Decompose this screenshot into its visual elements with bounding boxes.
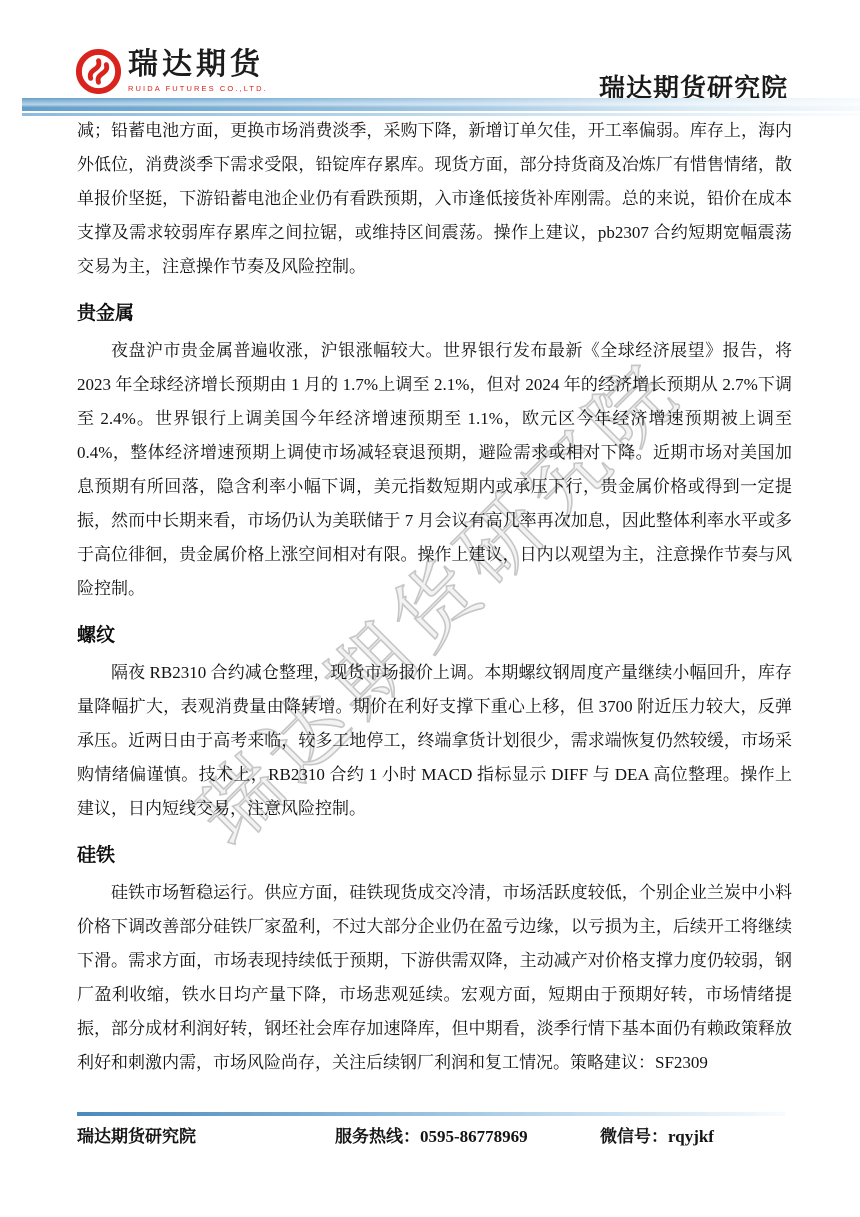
footer-wechat-id: 微信号：rqyjkf bbox=[600, 1122, 714, 1147]
footer-organization: 瑞达期货研究院 bbox=[77, 1122, 196, 1147]
logo-company-subtitle: RUIDA FUTURES CO.,LTD. bbox=[128, 84, 268, 93]
paragraph-precious-metals: 夜盘沪市贵金属普遍收涨，沪银涨幅较大。世界银行发布最新《全球经济展望》报告，将 … bbox=[77, 334, 792, 606]
ruida-logo-icon bbox=[75, 48, 122, 95]
section-heading-precious-metals: 贵金属 bbox=[77, 302, 792, 326]
footer-hotline: 服务热线：0595-86778969 bbox=[335, 1122, 528, 1147]
logo-text-block: 瑞达期货 RUIDA FUTURES CO.,LTD. bbox=[128, 48, 268, 93]
section-heading-ferrosilicon: 硅铁 bbox=[77, 844, 792, 868]
paragraph-ferrosilicon: 硅铁市场暂稳运行。供应方面，硅铁现货成交冷清，市场活跃度较低，个别企业兰炭中小料… bbox=[77, 876, 792, 1080]
paragraph-rebar: 隔夜 RB2310 合约减仓整理，现货市场报价上调。本期螺纹钢周度产量继续小幅回… bbox=[77, 656, 792, 826]
report-page: 瑞达期货 RUIDA FUTURES CO.,LTD. 瑞达期货研究院 瑞达期货… bbox=[0, 0, 860, 1217]
footer-divider-bar bbox=[77, 1112, 785, 1116]
page-footer: 瑞达期货研究院 服务热线：0595-86778969 微信号：rqyjkf bbox=[77, 1122, 792, 1146]
paragraph-lead-continuation: 减；铅蓄电池方面，更换市场消费淡季，采购下降，新增订单欠佳，开工率偏弱。库存上，… bbox=[77, 114, 792, 284]
section-heading-rebar: 螺纹 bbox=[77, 624, 792, 648]
document-body: 减；铅蓄电池方面，更换市场消费淡季，采购下降，新增订单欠佳，开工率偏弱。库存上，… bbox=[77, 110, 792, 1080]
logo-company-name: 瑞达期货 bbox=[128, 48, 268, 82]
company-logo: 瑞达期货 RUIDA FUTURES CO.,LTD. bbox=[75, 48, 268, 95]
